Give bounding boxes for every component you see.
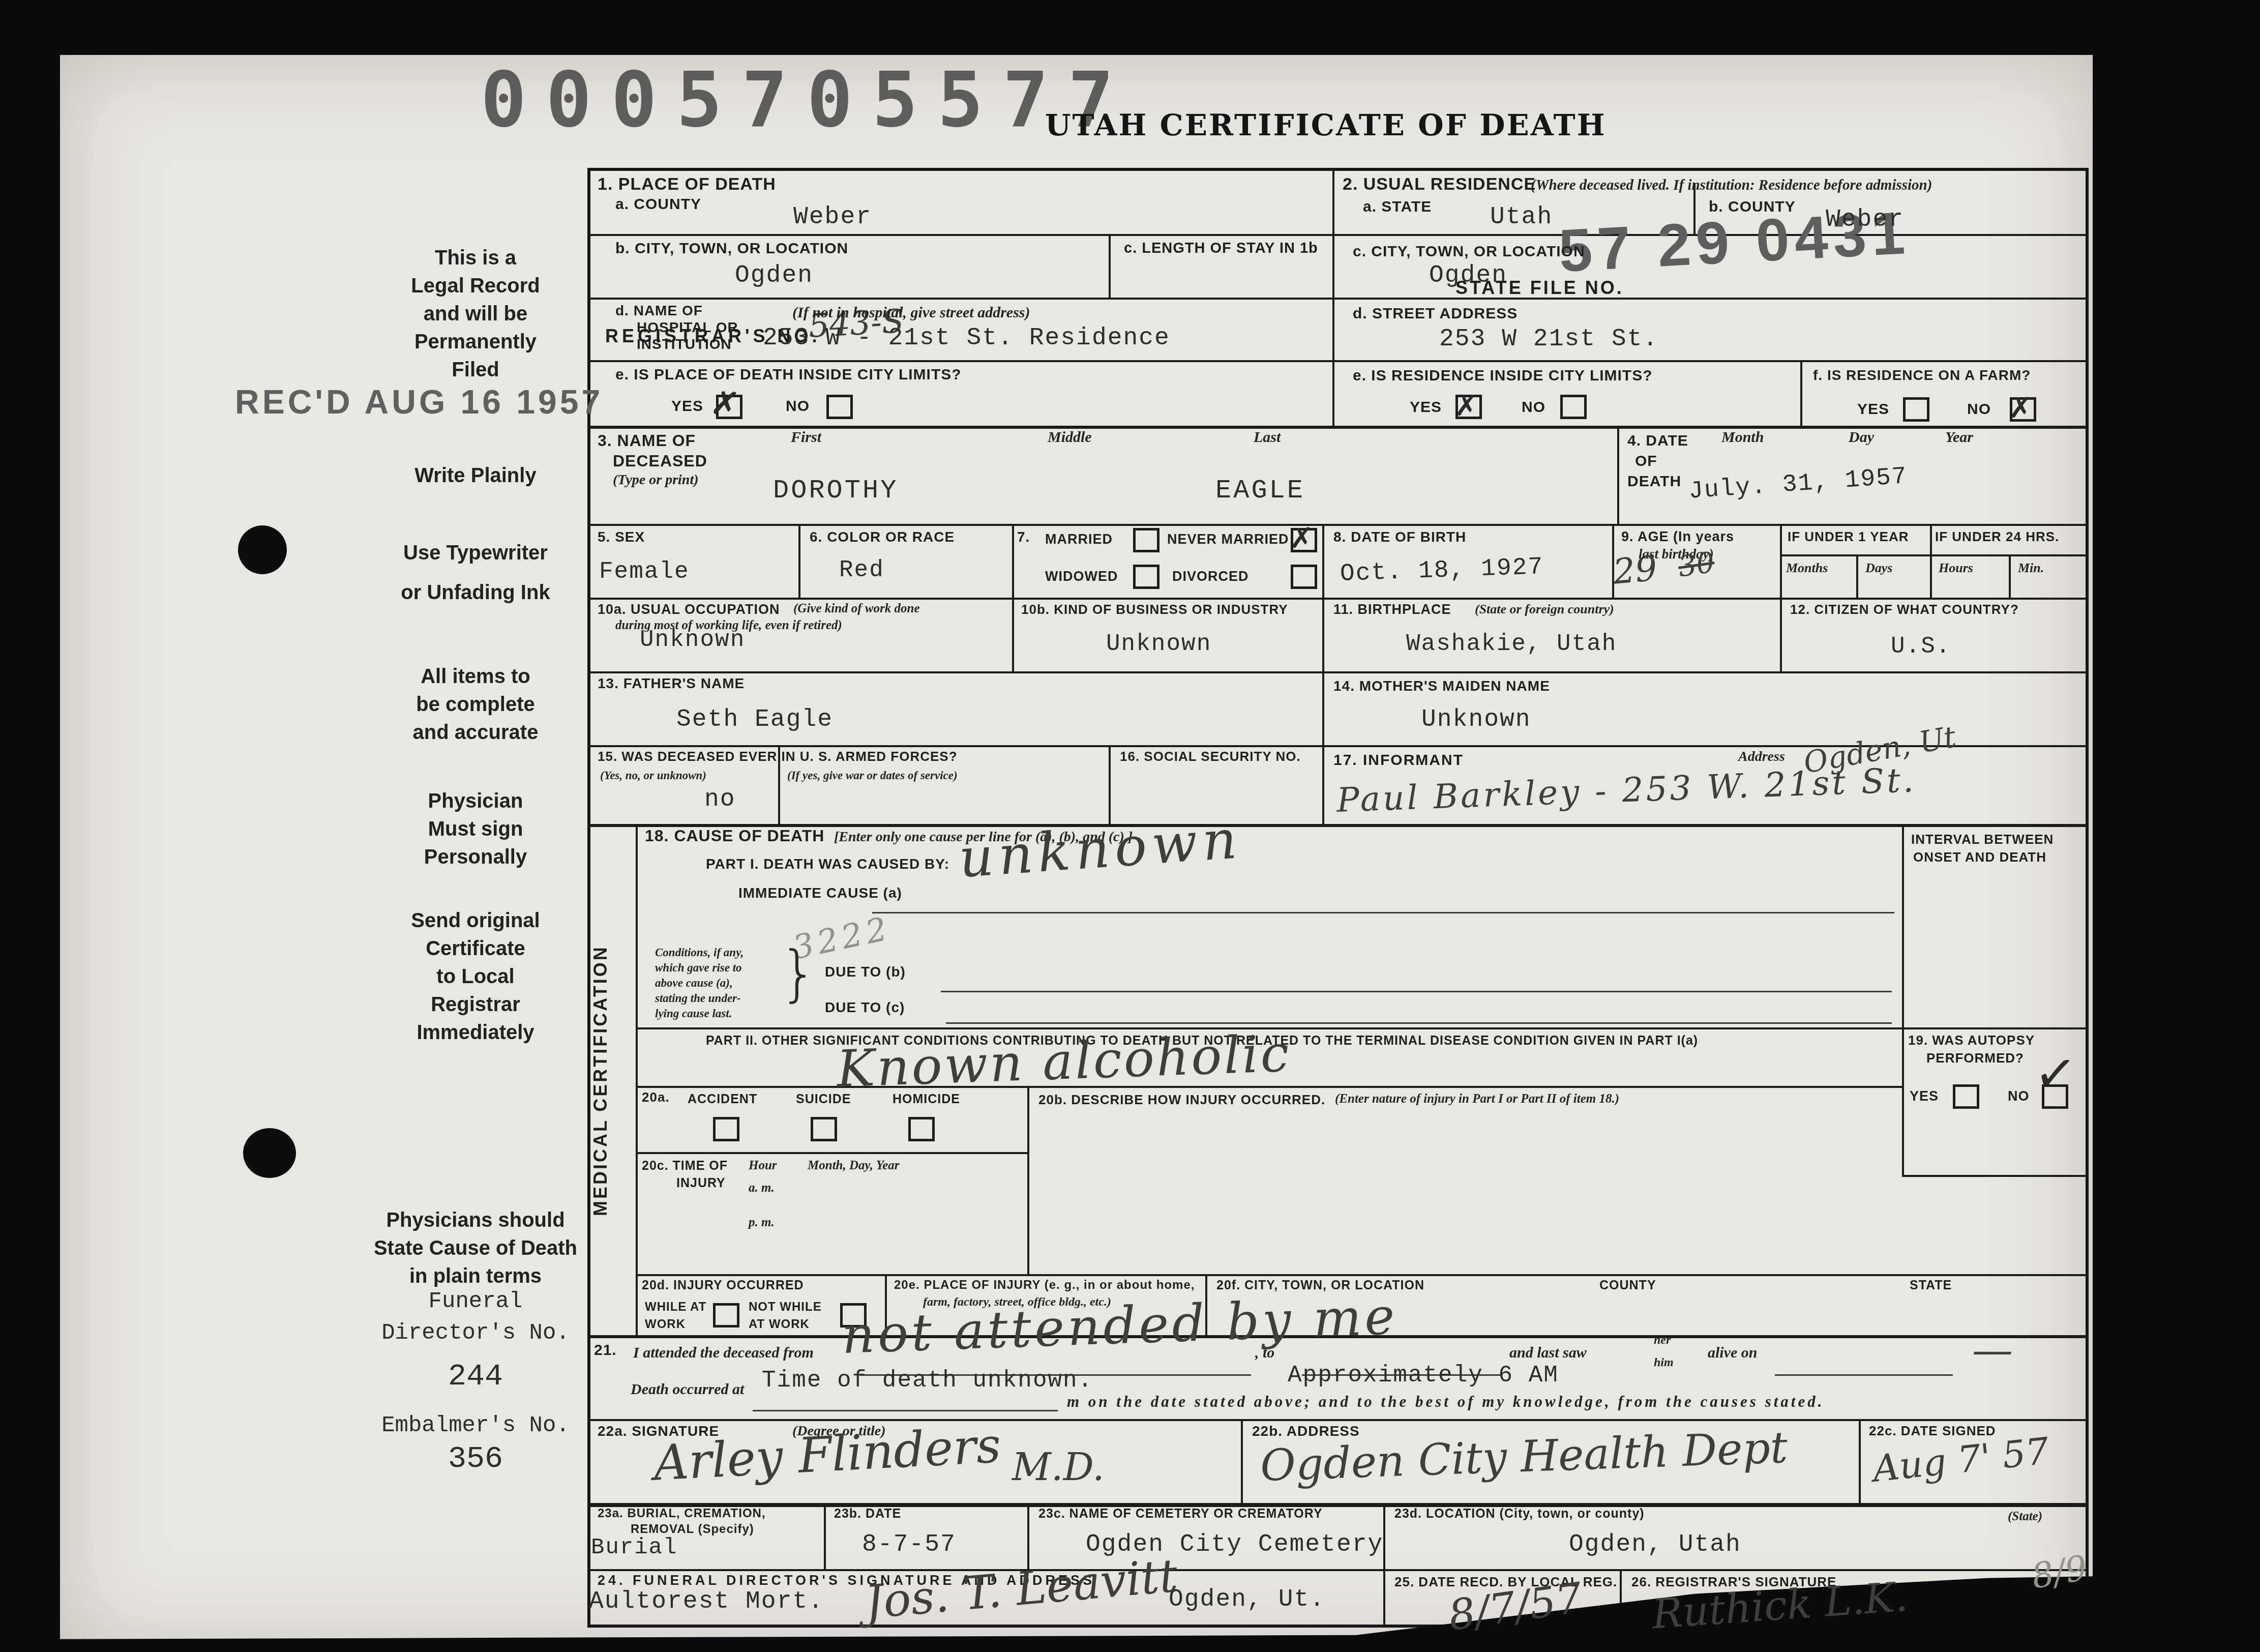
s7-married-label: MARRIED [1045, 532, 1113, 547]
s1e-no-label: NO [786, 398, 810, 415]
s22a-degree-value: M.D. [1012, 1444, 1105, 1489]
s10a-occupation-value: Unknown [640, 627, 745, 653]
s19-label-2: PERFORMED? [1926, 1050, 2024, 1066]
s3-col-first: First [791, 429, 821, 446]
s20a-accident-checkbox [713, 1117, 739, 1141]
grid-line-h [587, 671, 2088, 673]
s23d-label: 23d. LOCATION (City, town, or county) [1394, 1507, 1645, 1521]
s23b-date-value: 8-7-57 [862, 1531, 956, 1558]
s1d-address-value: 253 W - 21st St. Residence [763, 324, 1170, 352]
s12-label: 12. CITIZEN OF WHAT COUNTRY? [1790, 602, 2019, 617]
s9-under24-label: IF UNDER 24 HRS. [1935, 529, 2059, 545]
grid-line-v [1241, 1419, 1243, 1503]
s7-never-married-label: NEVER MARRIED [1167, 532, 1289, 547]
s19-no-label: NO [2008, 1088, 2030, 1104]
grid-line-v [1332, 168, 1334, 426]
s2f-yes-label: YES [1857, 401, 1889, 418]
writing-line [946, 1022, 1892, 1024]
s7-divorced-checkbox [1291, 565, 1317, 589]
s7-never-married-checkmark: ✗ [1290, 522, 1314, 555]
s21-last-saw-label: and last saw [1509, 1344, 1587, 1362]
scan-edge-left [0, 0, 60, 1652]
s15-armed-forces-value: no [704, 786, 736, 813]
writing-line [753, 1410, 1058, 1411]
s2f-no-checkmark: ✗ [2009, 392, 2033, 425]
grid-line-v [824, 1503, 826, 1569]
grid-line-v [1322, 671, 1324, 745]
s11-label: 11. BIRTHPLACE [1333, 602, 1451, 617]
s3-last-name-value: EAGLE [1215, 476, 1305, 506]
s15-label: 15. WAS DECEASED EVER IN U. S. ARMED FOR… [598, 749, 958, 764]
s23a-label-1: 23a. BURIAL, CREMATION, [598, 1507, 766, 1521]
s1e-yes-label: YES [671, 398, 703, 415]
s3-label-2: DECEASED [613, 452, 707, 470]
s2b-label: b. COUNTY [1709, 198, 1796, 216]
s20a-suicide-checkbox [811, 1117, 837, 1141]
s20a-homicide-label: HOMICIDE [893, 1092, 960, 1107]
grid-line-v [1383, 1503, 1385, 1569]
writing-line [872, 912, 1894, 913]
s21-alive-on-label: alive on [1708, 1344, 1758, 1362]
s10a-label: 10a. USUAL OCCUPATION [598, 602, 780, 617]
s2e-no-checkbox [1560, 395, 1587, 419]
grid-line-h [1902, 1175, 2088, 1177]
s1a-label: a. COUNTY [615, 196, 701, 213]
margin-all-items-note: All items to be complete and accurate [356, 663, 595, 747]
s1d-label-1: d. NAME OF [615, 303, 703, 319]
s11-note: (State or foreign country) [1475, 602, 1614, 617]
hole-punch-top [238, 525, 287, 574]
grid-line-v [1617, 426, 1619, 524]
grid-line-h [587, 298, 2088, 300]
s18-conditions-note: Conditions, if any, which gave rise to a… [655, 945, 787, 1021]
received-date-stamp: REC'D AUG 16 1957 [235, 382, 603, 421]
s2a-label: a. STATE [1363, 198, 1432, 216]
grid-line-v [1027, 1503, 1029, 1569]
s19-label-1: 19. WAS AUTOPSY [1908, 1032, 2035, 1048]
grid-line-v [1322, 524, 1324, 598]
s20b-label: 20b. DESCRIBE HOW INJURY OCCURRED. [1038, 1092, 1325, 1108]
s9-age-value: 29 [1612, 548, 1659, 592]
grid-line-h [636, 1274, 2088, 1276]
s19-no-checkmark: ✓ [2032, 1042, 2079, 1105]
s20d-not-label-2: AT WORK [749, 1317, 810, 1332]
death-certificate-scan: 0005705577 REGISTRAR'S NO. 543-S UTAH CE… [0, 0, 2260, 1652]
s21-her-label: her [1654, 1334, 1671, 1347]
grid-line-v [1322, 745, 1324, 824]
s2d-label: d. STREET ADDRESS [1353, 305, 1518, 322]
grid-line-h [636, 1086, 1902, 1088]
medical-certification-side-label: MEDICAL CERTIFICATION [590, 832, 635, 1330]
s20c-label-1: 20c. TIME OF [642, 1159, 728, 1173]
s9-age-crossed-out: 30 [1676, 546, 1717, 583]
s10b-label: 10b. KIND OF BUSINESS OR INDUSTRY [1021, 602, 1288, 617]
grid-line-h [587, 598, 2088, 600]
s21-him-label: him [1654, 1356, 1674, 1370]
s2f-label: f. IS RESIDENCE ON A FARM? [1813, 367, 2031, 383]
grid-line-v [1383, 1569, 1385, 1625]
s21-alive-on-dash: — [1972, 1326, 2013, 1374]
margin-legal-record-note: This is a Legal Record and will be Perma… [356, 244, 595, 384]
s3-col-middle: Middle [1048, 429, 1092, 446]
s3-col-last: Last [1254, 429, 1281, 446]
s21-to-label: , to [1255, 1344, 1274, 1362]
s1e-no-checkbox [826, 395, 853, 419]
page-title: UTAH CERTIFICATE OF DEATH [1045, 108, 1606, 142]
s2d-street-value: 253 W 21st St. [1439, 326, 1658, 353]
s4-col-day: Day [1849, 429, 1874, 446]
s6-label: 6. COLOR OR RACE [810, 529, 955, 545]
s9-days-label: Days [1865, 560, 1892, 576]
s6-race-value: Red [839, 557, 884, 583]
hole-punch-bottom [243, 1128, 296, 1178]
s17-label: 17. INFORMANT [1333, 752, 1464, 769]
margin-write-plainly-note: Write Plainly [356, 462, 595, 490]
s1b-label: b. CITY, TOWN, OR LOCATION [615, 240, 848, 257]
s23a-burial-value: Burial [591, 1535, 677, 1560]
s18-interval-label-2: ONSET AND DEATH [1913, 849, 2046, 865]
s7-married-checkbox [1133, 528, 1159, 552]
s2b-county-value: Weber [1826, 206, 1904, 233]
s13-father-value: Seth Eagle [676, 706, 833, 733]
s13-label: 13. FATHER'S NAME [598, 675, 745, 692]
s21-typed-approx-value: Approximately 6 AM [1288, 1362, 1559, 1389]
s7-widowed-checkbox [1133, 565, 1159, 589]
scan-edge-top [0, 0, 2260, 55]
s20a-accident-label: ACCIDENT [688, 1092, 757, 1107]
s2-title: 2. USUAL RESIDENCE [1343, 174, 1536, 194]
s1e-yes-checkmark: ✗ [708, 382, 741, 425]
s15-note-2: (If yes, give war or dates of service) [787, 769, 958, 782]
s1e-label: e. IS PLACE OF DEATH INSIDE CITY LIMITS? [615, 366, 962, 383]
s20a-homicide-checkbox [908, 1117, 935, 1141]
grid-line-v [1012, 598, 1014, 671]
grid-line-h [587, 524, 2088, 526]
s21-number: 21. [594, 1342, 617, 1359]
grid-line-v [1027, 1086, 1029, 1274]
grid-line-v [1902, 824, 1904, 1175]
grid-line-v [1780, 598, 1782, 671]
s18-part1-label: PART I. DEATH WAS CAUSED BY: [706, 856, 949, 872]
s1d-label-3: INSTITUTION [637, 336, 732, 352]
s12-citizen-value: U.S. [1891, 633, 1951, 660]
s2e-no-label: NO [1522, 399, 1545, 416]
s20a-suicide-label: SUICIDE [796, 1092, 851, 1107]
s20d-label: 20d. INJURY OCCURRED [642, 1278, 804, 1293]
grid-line-v [798, 524, 800, 598]
s1c-label: c. LENGTH OF STAY IN 1b [1124, 240, 1318, 257]
s7-widowed-label: WIDOWED [1045, 569, 1118, 584]
s18-interval-label-1: INTERVAL BETWEEN [1911, 832, 2054, 847]
s2c-label: c. CITY, TOWN, OR LOCATION [1353, 243, 1585, 260]
grid-line-h [587, 1503, 2088, 1507]
s2f-yes-checkbox [1903, 397, 1929, 422]
s18-immediate-cause-label: IMMEDIATE CAUSE (a) [738, 885, 902, 901]
s4-label-2: OF [1635, 453, 1657, 470]
s19-yes-label: YES [1910, 1088, 1939, 1104]
grid-line-h [1780, 554, 2088, 556]
s21-tail-label: m on the date stated above; and to the b… [1067, 1393, 1824, 1411]
s2c-city-value: Ogden [1429, 262, 1507, 289]
s8-label: 8. DATE OF BIRTH [1333, 529, 1466, 545]
s18-label: 18. CAUSE OF DEATH [645, 827, 824, 845]
s2a-state-value: Utah [1490, 203, 1553, 231]
grid-line-h [587, 1419, 2088, 1421]
writing-line [1775, 1374, 1953, 1376]
s1d-label-2: HOSPITAL OR [637, 319, 738, 336]
s9-min-label: Min. [2018, 560, 2044, 576]
grid-line-v [1109, 745, 1111, 824]
s20e-label-1: 20e. PLACE OF INJURY (e. g., in or about… [894, 1278, 1195, 1292]
s20d-not-label-1: NOT WHILE [749, 1300, 822, 1314]
grid-line-h [636, 1152, 1027, 1154]
s20c-pm-label: p. m. [749, 1216, 775, 1230]
s9-under1-label: IF UNDER 1 YEAR [1788, 529, 1909, 545]
s4-col-year: Year [1945, 429, 1973, 446]
s20c-label-2: INJURY [676, 1176, 726, 1191]
s23c-label: 23c. NAME OF CEMETERY OR CREMATORY [1038, 1507, 1323, 1521]
s2e-label: e. IS RESIDENCE INSIDE CITY LIMITS? [1353, 367, 1653, 385]
s9-months-label: Months [1786, 560, 1828, 576]
s14-mother-value: Unknown [1421, 706, 1531, 733]
s3-label-3: (Type or print) [613, 472, 699, 488]
s11-birthplace-value: Washakie, Utah [1406, 631, 1617, 657]
s2f-no-label: NO [1967, 401, 1991, 418]
grid-line-v [1930, 524, 1932, 598]
s20c-hour-label: Hour [749, 1159, 777, 1173]
s21-typed-time-value: Time of death unknown. [762, 1367, 1093, 1394]
s23d-location-value: Ogden, Utah [1569, 1531, 1741, 1558]
s24-mortuary-value: Aultorest Mort. [589, 1588, 824, 1615]
s4-col-month: Month [1721, 429, 1764, 446]
s20d-while-label-1: WHILE AT [645, 1300, 706, 1314]
embalmers-no: Embalmer's No. 356 [356, 1410, 595, 1477]
grid-line-v [1780, 524, 1782, 598]
s9-hours-label: Hours [1939, 560, 1973, 576]
s3-label-1: 3. NAME OF [598, 431, 696, 450]
grid-line-v [1012, 524, 1014, 598]
s1d-note: (If not in hospital, give street address… [792, 304, 1030, 321]
grid-line-v [636, 824, 638, 1335]
funeral-director-no: Funeral Director's No. 244 [356, 1286, 595, 1405]
s15-note-1: (Yes, no, or unknown) [600, 769, 706, 782]
grid-line-h [587, 360, 2088, 362]
s23d-state-note: (State) [2008, 1510, 2042, 1524]
s10a-note-1: (Give kind of work done [793, 602, 920, 616]
grid-line-v [2009, 554, 2011, 598]
margin-physician-sign-note: Physician Must sign Personally [356, 787, 595, 871]
grid-line-h [636, 1027, 2088, 1029]
s17-address-label: Address [1738, 749, 1785, 765]
top-stamp-number: 0005705577 [481, 56, 1133, 144]
grid-line-h [587, 1569, 2088, 1571]
s1-title: 1. PLACE OF DEATH [598, 174, 776, 194]
grid-line-v [1109, 234, 1111, 298]
margin-plain-terms-note: Physicians should State Cause of Death i… [356, 1206, 595, 1290]
s23b-label: 23b. DATE [834, 1507, 901, 1521]
s20a-label: 20a. [642, 1089, 670, 1105]
s20c-am-label: a. m. [749, 1181, 775, 1195]
s2e-yes-label: YES [1410, 399, 1442, 416]
s21-death-occurred-label: Death occurred at [631, 1381, 744, 1398]
s4-label-1: 4. DATE [1627, 432, 1688, 450]
s21-attended-label: I attended the deceased from [633, 1344, 814, 1362]
embalmers-no-value: 356 [356, 1441, 595, 1477]
s18-due-c-label: DUE TO (c) [825, 999, 905, 1016]
s9-label-1: 9. AGE (In years [1621, 529, 1734, 545]
s3-first-name-value: DOROTHY [773, 476, 898, 506]
s20c-mdy-label: Month, Day, Year [808, 1159, 900, 1173]
grid-line-v [1856, 554, 1858, 598]
funeral-director-no-value: 244 [356, 1349, 595, 1405]
scan-edge-right [2093, 0, 2260, 1652]
s1b-city-value: Ogden [735, 262, 813, 289]
s1a-county-value: Weber [793, 203, 872, 231]
s22b-label: 22b. ADDRESS [1252, 1423, 1360, 1439]
s14-label: 14. MOTHER'S MAIDEN NAME [1333, 678, 1550, 694]
margin-send-original-note: Send original Certificate to Local Regis… [356, 907, 595, 1047]
s20f-county-label: COUNTY [1599, 1278, 1656, 1293]
s16-label: 16. SOCIAL SECURITY NO. [1120, 749, 1301, 764]
s20f-state-label: STATE [1910, 1278, 1952, 1293]
s18-due-b-label: DUE TO (b) [825, 964, 906, 980]
s5-label: 5. SEX [598, 529, 645, 545]
s5-sex-value: Female [599, 558, 690, 585]
conditions-brace: } [779, 938, 818, 1009]
s20d-while-label-2: WORK [645, 1317, 686, 1332]
writing-line [941, 991, 1892, 992]
s19-yes-checkbox [1953, 1084, 1979, 1109]
grid-line-v [1322, 598, 1324, 671]
s24-city-value: Ogden, Ut. [1169, 1586, 1325, 1613]
s20d-while-checkbox [713, 1303, 739, 1327]
margin-typewriter-note: Use Typewriter or Unfading Ink [356, 533, 595, 612]
s2e-yes-checkmark: ✗ [1454, 390, 1478, 423]
s23a-label-2: REMOVAL (Specify) [631, 1522, 754, 1537]
s10b-industry-value: Unknown [1106, 631, 1211, 657]
s7-label: 7. [1017, 529, 1030, 545]
s20b-note: (Enter nature of injury in Part I or Par… [1335, 1092, 1619, 1106]
grid-line-v [1859, 1419, 1861, 1503]
grid-line-v [1800, 360, 1802, 426]
s4-label-3: DEATH [1627, 473, 1681, 490]
s7-divorced-label: DIVORCED [1172, 569, 1249, 584]
s2-note: (Where deceased lived. If institution: R… [1531, 177, 1932, 194]
